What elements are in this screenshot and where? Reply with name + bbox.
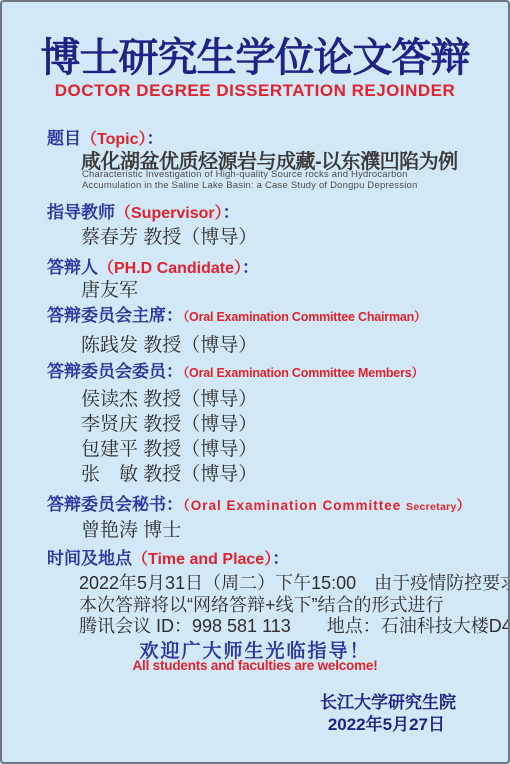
- poster-title-cn: 博士研究生学位论文答辩: [2, 26, 508, 83]
- member-name: 侯读杰 教授（博导）: [81, 384, 257, 411]
- signature-date: 2022年5月27日: [328, 710, 445, 735]
- chairman-label: 答辩委员会主席：（Oral Examination Committee Chai…: [47, 301, 426, 326]
- time-place-label-en: （Time and Place）: [132, 551, 272, 568]
- candidate-label: 答辩人（PH.D Candidate）：: [47, 253, 259, 278]
- time-place-label: 时间及地点（Time and Place）：: [47, 544, 289, 569]
- member-name: 李贤庆 教授（博导）: [81, 409, 257, 436]
- chairman-label-en: （Oral Examination Committee Chairman）: [183, 310, 426, 324]
- chairman-label-colon: ：: [166, 306, 183, 325]
- time-place-label-cn: 时间及地点: [47, 549, 132, 568]
- supervisor-name: 蔡春芳 教授（博导）: [81, 222, 257, 249]
- supervisor-label: 指导教师（Supervisor）：: [47, 198, 240, 223]
- member-name: 张 敏 教授（博导）: [81, 459, 257, 486]
- candidate-label-colon: ：: [242, 258, 259, 277]
- members-label-colon: ：: [166, 362, 183, 381]
- member-name: 包建平 教授（博导）: [81, 434, 257, 461]
- members-label-en: （Oral Examination Committee Members）: [183, 366, 424, 380]
- topic-label-cn: 题目: [47, 129, 81, 148]
- time-place-label-colon: ：: [272, 549, 289, 568]
- welcome-message-en: All students and faculties are welcome!: [2, 658, 508, 673]
- supervisor-label-en: （Supervisor）: [115, 205, 223, 222]
- chairman-name: 陈践发 教授（博导）: [81, 330, 257, 357]
- secretary-label: 答辩委员会秘书：（Oral Examination Committee Secr…: [47, 490, 471, 515]
- topic-title-en-line2: Accumulation in the Saline Lake Basin: a…: [82, 180, 417, 191]
- candidate-name: 唐友军: [81, 275, 138, 302]
- members-label-cn: 答辩委员会委员: [47, 362, 166, 381]
- secretary-label-en-small: Secretary: [406, 501, 457, 513]
- supervisor-label-colon: ：: [223, 203, 240, 222]
- time-place-line3: 腾讯会议 ID：998 581 113 地点：石油科技大楼D420: [79, 612, 510, 638]
- members-label: 答辩委员会委员：（Oral Examination Committee Memb…: [47, 357, 424, 382]
- dissertation-defense-poster: 博士研究生学位论文答辩 DOCTOR DEGREE DISSERTATION R…: [0, 0, 510, 764]
- secretary-label-en-open: （Oral Examination Committee: [183, 498, 406, 513]
- chairman-label-cn: 答辩委员会主席: [47, 306, 166, 325]
- supervisor-label-cn: 指导教师: [47, 203, 115, 222]
- secretary-label-cn: 答辩委员会秘书: [47, 495, 166, 514]
- poster-title-en: DOCTOR DEGREE DISSERTATION REJOINDER: [2, 81, 508, 101]
- secretary-label-colon: ：: [166, 495, 183, 514]
- topic-title-en-line1: Characteristic Investigation of High-qua…: [82, 169, 408, 180]
- secretary-name: 曾艳涛 博士: [81, 515, 181, 542]
- secretary-label-en-close: ）: [457, 498, 472, 513]
